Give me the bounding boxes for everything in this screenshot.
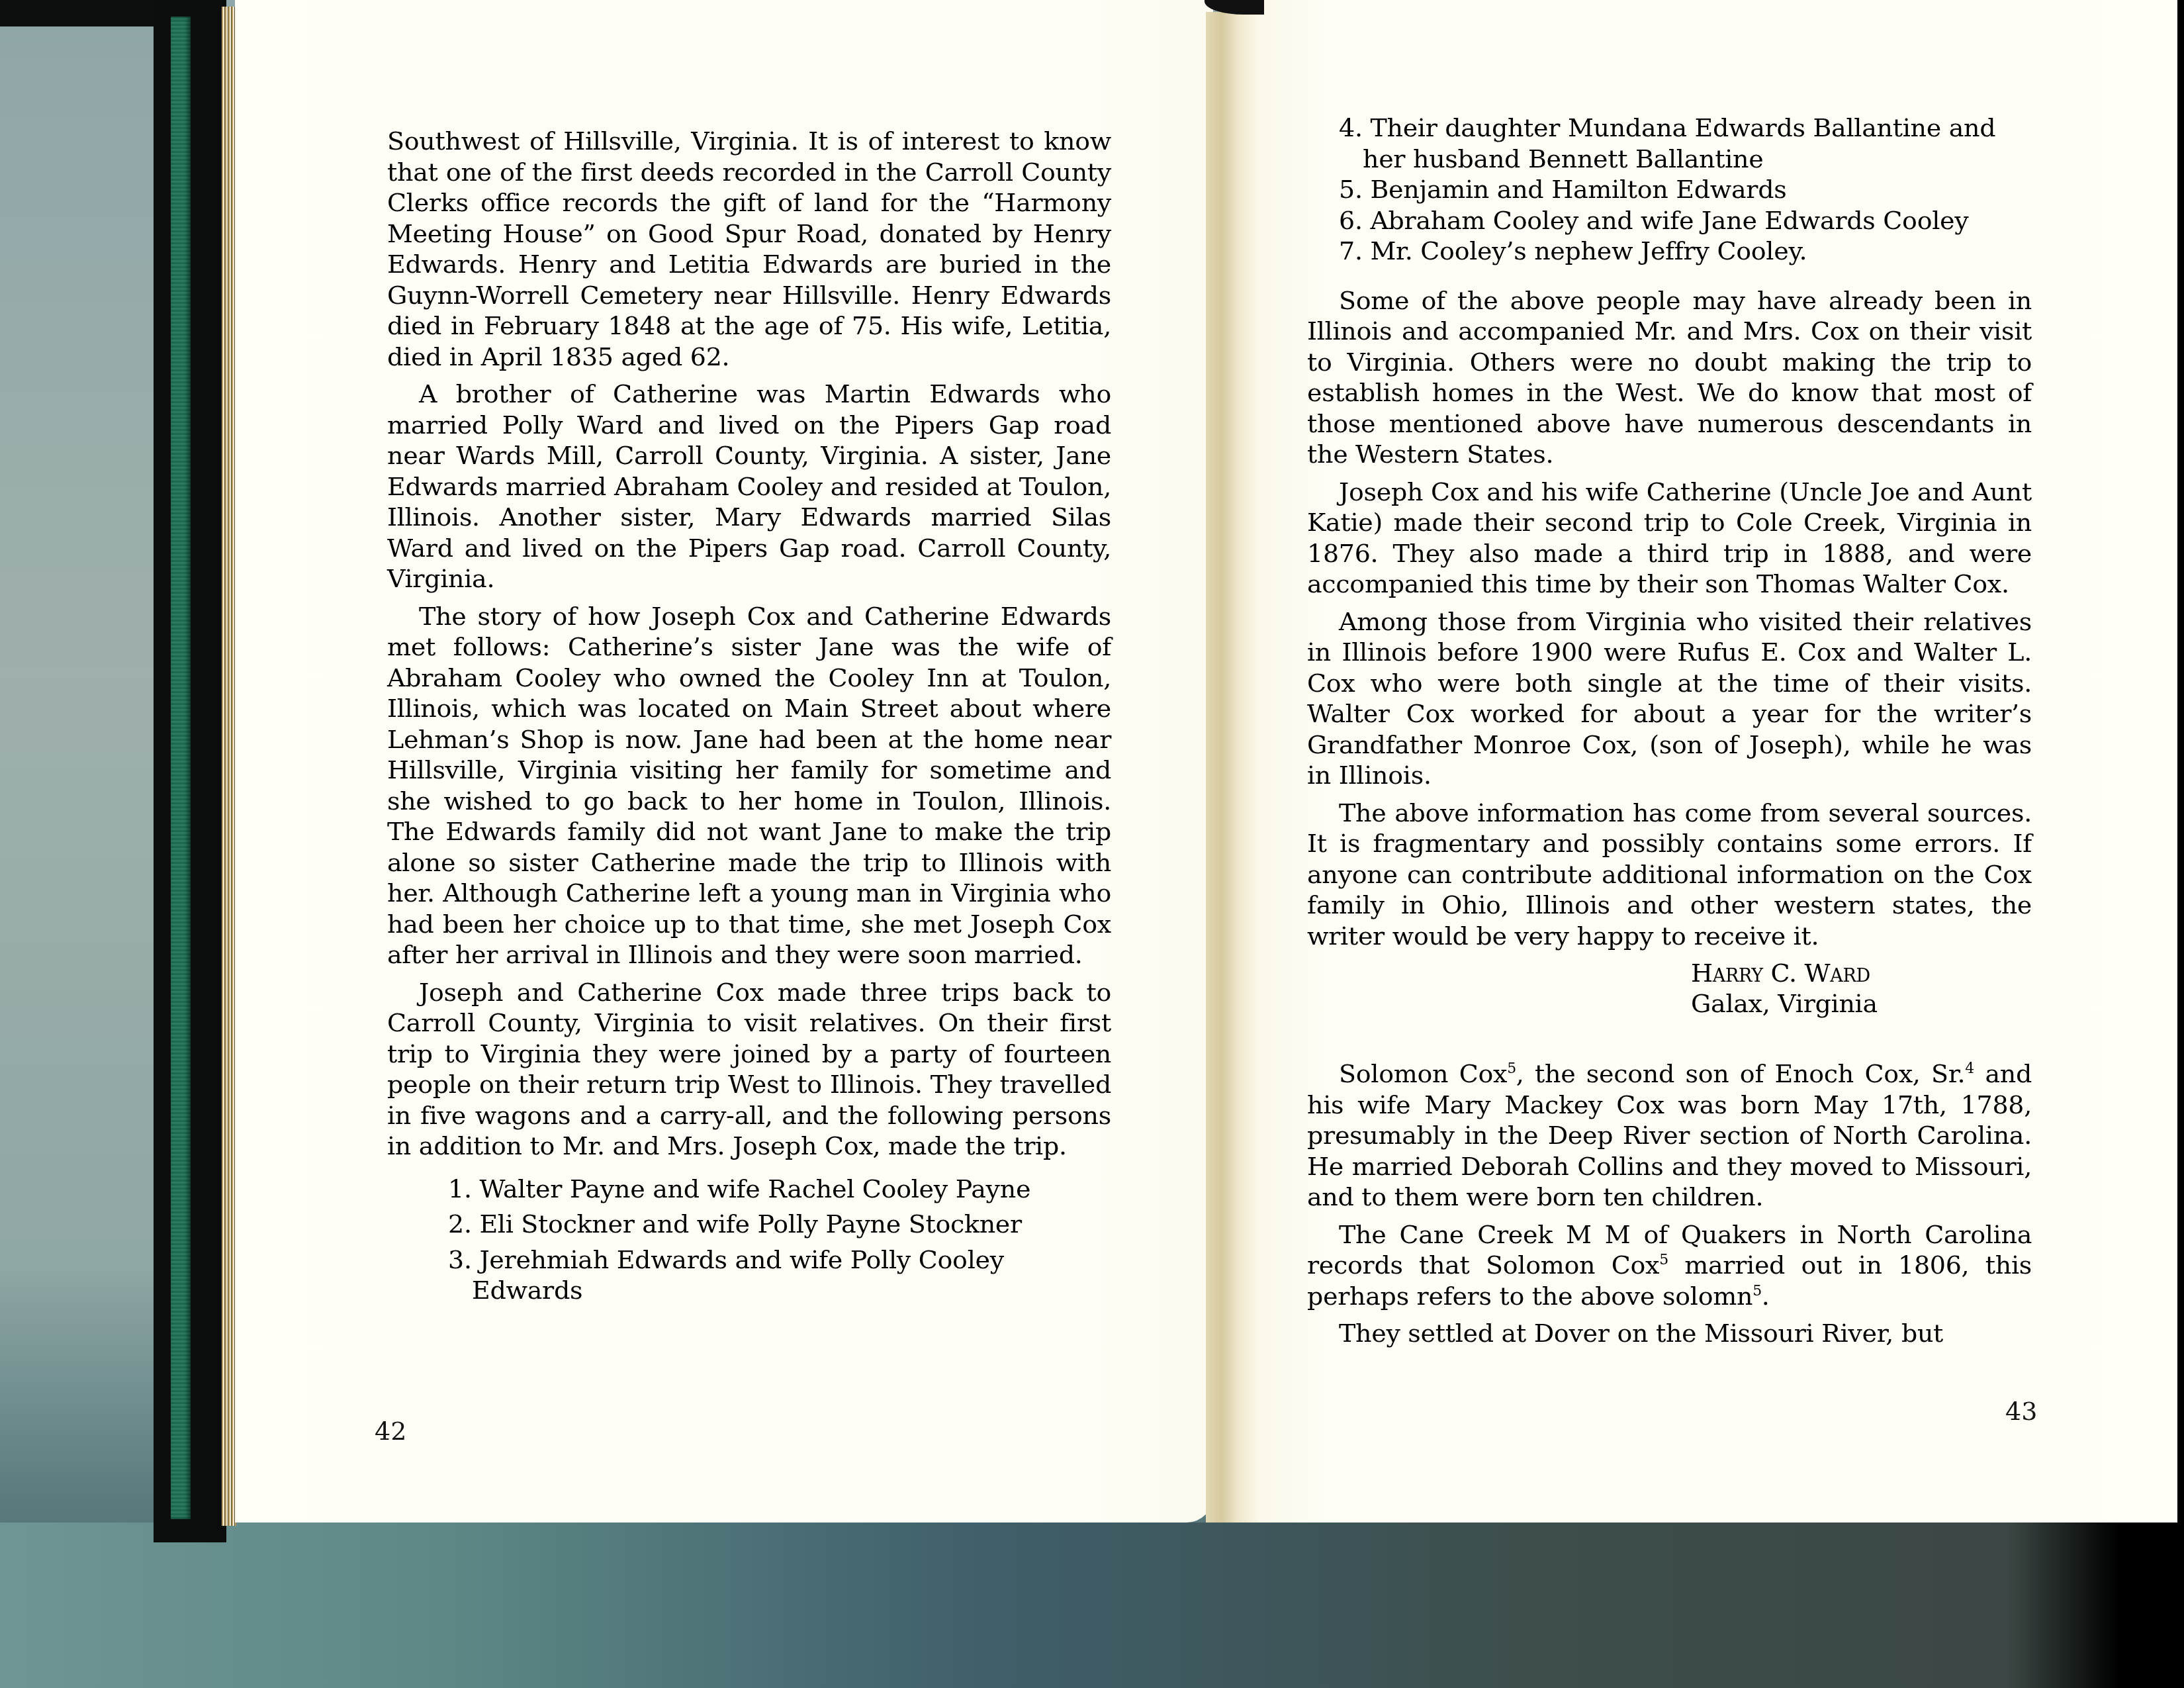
page-number: 42 (375, 1417, 406, 1446)
list-item: 5. Benjamin and Hamilton Edwards (1339, 174, 2032, 205)
list-item: 3. Jerehmiah Edwards and wife Polly Cool… (448, 1244, 1111, 1306)
page-number: 43 (2005, 1397, 2037, 1426)
right-page-body: 4. Their daughter Mundana Edwards Ballan… (1307, 113, 2032, 1356)
book-gutter (1206, 12, 1259, 1523)
list-item: 2. Eli Stockner and wife Polly Payne Sto… (448, 1209, 1111, 1240)
list-item: 4. Their daughter Mundana Edwards Ballan… (1339, 113, 2032, 174)
list-item: 7. Mr. Cooley’s nephew Jeffry Cooley. (1339, 236, 2032, 267)
paragraph: Joseph Cox and his wife Catherine (Uncle… (1307, 477, 2032, 600)
paragraph: Joseph and Catherine Cox made three trip… (387, 977, 1111, 1162)
paragraph: Southwest of Hillsville, Virginia. It is… (387, 126, 1111, 372)
travellers-list: 1. Walter Payne and wife Rachel Cooley P… (387, 1174, 1111, 1306)
paragraph: Some of the above people may have alread… (1307, 285, 2032, 470)
paragraph: Among those from Virginia who visited th… (1307, 606, 2032, 791)
paragraph: They settled at Dover on the Missouri Ri… (1307, 1318, 2032, 1349)
paragraph: A brother of Catherine was Martin Edward… (387, 379, 1111, 594)
book-spine-cloth (171, 17, 191, 1519)
paragraph: The Cane Creek M M of Quakers in North C… (1307, 1219, 2032, 1312)
table-surface (0, 1523, 2184, 1688)
paragraph: Solomon Cox5, the second son of Enoch Co… (1307, 1058, 2032, 1213)
author-name: Harry C. Ward (1691, 958, 2032, 988)
author-location: Galax, Virginia (1691, 988, 2032, 1019)
page-stack-edges (222, 7, 236, 1526)
paragraph: The above information has come from seve… (1307, 798, 2032, 952)
author-signature: Harry C. Ward Galax, Virginia (1307, 958, 2032, 1019)
scan-right-border (2177, 0, 2184, 1688)
travellers-list-continued: 4. Their daughter Mundana Edwards Ballan… (1307, 113, 2032, 267)
list-item: 1. Walter Payne and wife Rachel Cooley P… (448, 1174, 1111, 1205)
paragraph: The story of how Joseph Cox and Catherin… (387, 601, 1111, 970)
left-page-body: Southwest of Hillsville, Virginia. It is… (387, 126, 1111, 1313)
list-item: 6. Abraham Cooley and wife Jane Edwards … (1339, 205, 2032, 236)
